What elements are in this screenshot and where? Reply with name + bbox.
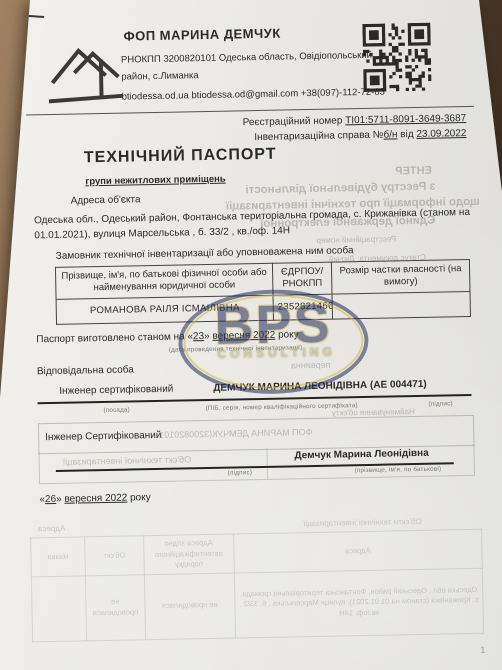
bps-watermark: BPS CONSULTING: [177, 288, 369, 396]
issue-date-line: «26» вересня 2022 року: [39, 492, 150, 505]
document-paper: ФОП МАРИНА ДЕМЧУК РНОКПП 3200820101 Одес…: [0, 0, 502, 670]
registration-block: Реєстраційний номер ТІ01:5711-8091-3649-…: [243, 111, 467, 145]
bleedthrough-text: ФОП МАРИНА ДЕМЧУК(3200820101: [159, 427, 312, 440]
document-content: ФОП МАРИНА ДЕМЧУК РНОКПП 3200820101 Одес…: [0, 0, 502, 670]
back-table-corner-label: Адреса: [38, 524, 66, 534]
certified-position: Інженер Сертифікований: [45, 430, 161, 443]
issue-day: 26: [45, 494, 56, 505]
case-number: б/н: [383, 129, 397, 140]
paper-shadow: ФОП МАРИНА ДЕМЧУК РНОКПП 3200820101 Одес…: [0, 0, 502, 670]
document-title: ТЕХНІЧНИЙ ПАСПОРТ: [84, 146, 277, 168]
issue-month-year: вересня 2022: [64, 493, 127, 505]
qr-code: [362, 23, 431, 92]
house-logo-icon: [47, 37, 124, 106]
bleedthrough-text: з Реєстру будівельної діяльності: [245, 181, 435, 197]
company-details-line2: район, с.Лиманка: [121, 70, 199, 82]
bleedthrough-back-table: Об'єкти технічної інвентаризації Адреса …: [30, 516, 484, 642]
registration-number: ТІ01:5711-8091-3649-3687: [345, 113, 466, 126]
document-subtitle: групи нежитлових приміщень: [85, 174, 226, 188]
photo-background: ФОП МАРИНА ДЕМЧУК РНОКПП 3200820101 Одес…: [0, 0, 502, 670]
stray-pen-mark: [22, 15, 44, 18]
company-contacts: btiodessa.od.ua btiodessa.od@gmail.com +…: [122, 87, 385, 103]
object-address-label: Адреса об'єкта: [71, 194, 141, 206]
inventory-case-line: Інвентаризаційна справа №б/н від 23.09.2…: [243, 126, 467, 145]
responsible-position: Інженер сертифікований: [59, 384, 173, 397]
certified-name: Демчук Марина Леонідівна: [250, 447, 474, 462]
case-date: 23.09.2022: [416, 128, 466, 140]
back-table-data-row: Одеська обл., Одеський район, Фонтанська…: [31, 568, 483, 642]
customer-label: Замовник технічної інвентаризації або уп…: [56, 245, 354, 262]
signature-note: (підпис): [410, 400, 472, 408]
fullname-note: (прізвище, ім'я, по батькові): [308, 465, 488, 475]
position-note: (посада): [87, 406, 147, 414]
responsible-label: Відповідальна особа: [37, 364, 134, 377]
company-name: ФОП МАРИНА ДЕМЧУК: [123, 26, 280, 44]
signature-note: (підпис): [210, 469, 270, 477]
page-number: 1: [480, 645, 485, 655]
company-details-line1: РНОКПП 3200820101 Одеська область, Овіді…: [121, 50, 372, 66]
object-address: Одеська обл., Одеський район, Фонтанська…: [34, 205, 470, 243]
bleedthrough-text: ЕНТЕР: [395, 165, 432, 178]
